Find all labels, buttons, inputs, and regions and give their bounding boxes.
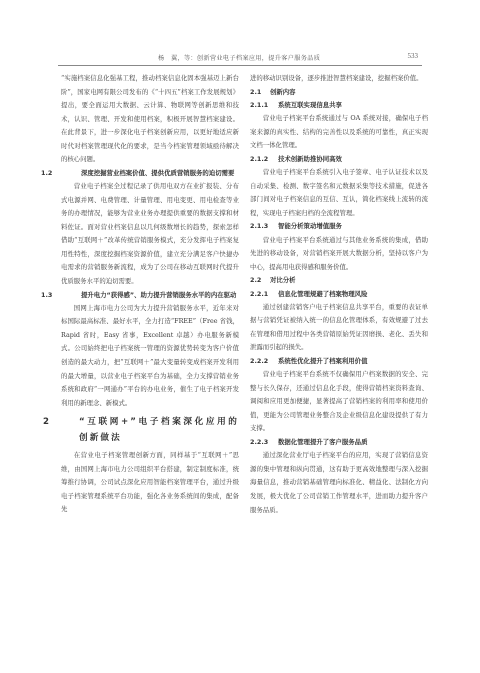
right-column: 进的移动识别设备，逐步推进智慧档案建设，挖掘档案价值。 2.1创新内容 2.1.…	[250, 72, 428, 517]
section-heading-1-3: 1.3提升电力“获得感”、助力提升营销服务水平的内在驱动	[61, 289, 239, 302]
paragraph: 进的移动识别设备，逐步推进智慧档案建设，挖掘档案价值。	[250, 72, 428, 86]
section-heading-2-2: 2.2对比分析	[250, 274, 428, 287]
paragraph: 营业电子档案全过程记录了供用电双方在业扩报装、分布式电源并网、电费管理、计量管理…	[61, 180, 239, 288]
running-title: 杨 翼，等：创新营业电子档案应用，提升客户服务品质	[158, 53, 320, 62]
paragraph: 通过深化营业厅电子档案平台的应用，实现了营销信息资源的集中管理和纵向贯通，这有助…	[250, 449, 428, 517]
paragraph: 在营业电子档案管理创新方面，同样基于“互联网＋”思维，由国网上海市电力公司组织平…	[61, 449, 239, 517]
paragraph: “实施档案信息化强基工程，推动档案信息化固本强基迈上新台阶”，国家电网有限公司发…	[61, 72, 239, 167]
section-heading-2-2-3: 2.2.3数据化管理提升了客户服务品质	[250, 436, 428, 449]
section-heading-2-1: 2.1创新内容	[250, 86, 428, 99]
page-number: 533	[408, 52, 419, 60]
section-heading-2-1-3: 2.1.3智能分析策动增值服务	[250, 220, 428, 233]
paragraph: 营业电子档案平台系统不仅确保用户档案数据的安全、完整与长久保存，还通过信息化手段…	[250, 368, 428, 436]
header-rule	[58, 65, 422, 66]
paragraph: 营业电子档案平台系统通过与 OA 系统对接，确保电子档案来源的真实性、结构的完善…	[250, 112, 428, 153]
paragraph: 国网上海市电力公司为大力提升营销服务水平，近年来对标国际最高标准、最好水平，全力…	[61, 302, 239, 410]
section-heading-2-2-1: 2.2.1信息化管理规避了档案物理风险	[250, 288, 428, 301]
section-heading-1-2: 1.2深度挖掘营业档案价值、提供优质营销服务的迫切需要	[61, 167, 239, 180]
paragraph: 营业电子档案平台系统引入电子签章、电子认证技术以及自动采集、检测、数字签名和元数…	[250, 166, 428, 220]
section-heading-2-2-2: 2.2.2系统性优化提升了档案利用价值	[250, 355, 428, 368]
section-heading-2-1-1: 2.1.1系统互联实现信息共享	[250, 99, 428, 112]
section-heading-2-1-2: 2.1.2技术创新助推协同高效	[250, 153, 428, 166]
section-heading-2: 2“互联网+”电子档案深化应用的创新做法	[61, 414, 239, 446]
left-column: “实施档案信息化强基工程，推动档案信息化固本强基迈上新台阶”，国家电网有限公司发…	[61, 72, 239, 517]
paragraph: 通过创建营销客户电子档案信息共享平台，重要的表证单据与营销凭证被纳入统一的信息化…	[250, 301, 428, 355]
paragraph: 营业电子档案平台系统通过与其他业务系统的集成，借助先进的移动设备，对营销档案开展…	[250, 234, 428, 275]
